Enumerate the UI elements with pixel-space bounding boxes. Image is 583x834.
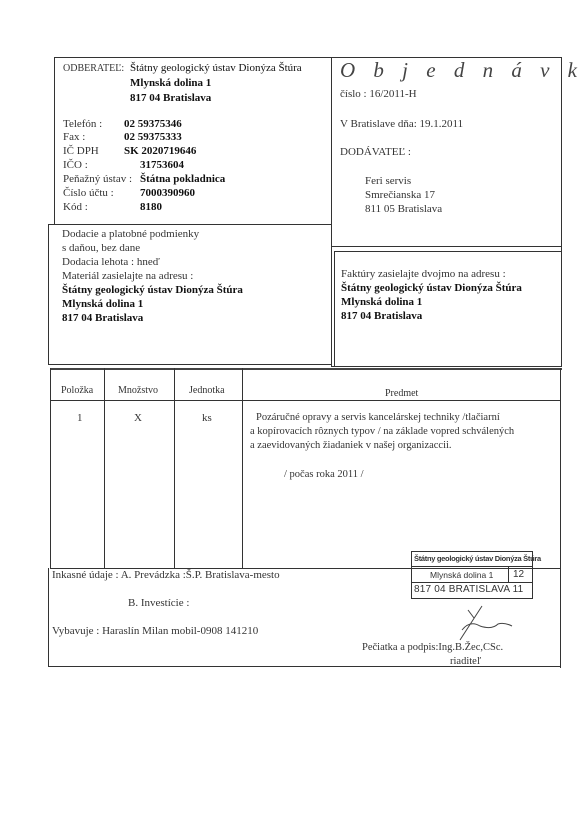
buyer-fax-label: Fax :	[63, 131, 85, 144]
buyer-name: Štátny geologický ústav Dionýza Štúra	[130, 62, 302, 75]
stamp-code: 12	[513, 569, 524, 580]
table-col-divider-3	[242, 368, 243, 568]
delivery-box-left	[48, 224, 49, 364]
document-number: číslo : 16/2011-H	[340, 88, 417, 101]
buyer-code-label: Kód :	[63, 201, 88, 214]
signature-label: Pečiatka a podpis:Ing.B.Žec,CSc.	[362, 642, 503, 655]
supplier-city: 811 05 Bratislava	[365, 203, 442, 216]
buyer-fax-value: 02 59375333	[124, 131, 182, 144]
delivery-box-bottom	[48, 364, 332, 365]
invoice-box-left	[334, 251, 335, 367]
buyer-box-bottom	[48, 224, 332, 225]
table-header-bottom	[50, 400, 560, 401]
delivery-line-4: Materiál zasielajte na adresu :	[62, 270, 193, 283]
footer-bottom-border	[48, 666, 560, 667]
official-stamp: Štátny geologický ústav Dionýza Štúra Ml…	[411, 551, 533, 599]
invoice-line: Faktúry zasielajte dvojmo na adresu :	[341, 268, 506, 281]
delivery-street: Mlynská dolina 1	[62, 298, 143, 311]
buyer-vat-value: SK 2020719646	[124, 145, 196, 158]
footer-left-border	[48, 568, 49, 666]
delivery-line-1: Dodacie a platobné podmienky	[62, 228, 199, 241]
buyer-ico-value: 31753604	[140, 159, 184, 172]
invoice-street: Mlynská dolina 1	[341, 296, 422, 309]
table-col-divider-1	[104, 368, 105, 568]
document-title: O b j e d n á v k a	[340, 64, 583, 77]
buyer-ico-label: IČO :	[63, 159, 88, 172]
buyer-account-value: 7000390960	[140, 187, 195, 200]
table-header-quantity: Množstvo	[118, 385, 158, 398]
table-left-border	[50, 368, 51, 568]
table-header-item: Položka	[61, 385, 93, 398]
table-row-note: / počas roka 2011 /	[284, 469, 364, 482]
footer-investment: B. Investície :	[128, 597, 189, 610]
invoice-name: Štátny geologický ústav Dionýza Štúra	[341, 282, 522, 295]
buyer-street: Mlynská dolina 1	[130, 77, 211, 90]
invoice-box-bottom	[331, 366, 562, 367]
buyer-city: 817 04 Bratislava	[130, 92, 211, 105]
buyer-label: ODBERATEĽ:	[63, 63, 124, 76]
buyer-phone-value: 02 59375346	[124, 118, 182, 131]
table-row-item: 1	[77, 412, 83, 425]
frame-center-divider	[331, 57, 332, 367]
buyer-bank-value: Štátna pokladnica	[140, 173, 225, 186]
signature-role: riaditeľ	[450, 656, 481, 669]
table-row-subject-line-3: a zaevidovaných žiadaniek v našej organi…	[250, 440, 452, 453]
delivery-line-2: s daňou, bez dane	[62, 242, 140, 255]
table-header-unit: Jednotka	[189, 385, 225, 398]
table-top-border	[50, 368, 562, 370]
table-row-unit: ks	[202, 412, 212, 425]
supplier-label: DODÁVATEĽ :	[340, 146, 411, 159]
supplier-street: Smrečianska 17	[365, 189, 435, 202]
buyer-bank-label: Peňažný ústav :	[63, 173, 132, 186]
delivery-line-3: Dodacia lehota : hneď	[62, 256, 160, 269]
frame-left-border	[54, 57, 55, 225]
footer-handler: Vybavuje : Haraslín Milan mobil-0908 141…	[52, 625, 258, 638]
delivery-city: 817 04 Bratislava	[62, 312, 143, 325]
buyer-phone-label: Telefón :	[63, 118, 102, 131]
delivery-name: Štátny geologický ústav Dionýza Štúra	[62, 284, 243, 297]
table-right-border	[560, 368, 561, 668]
buyer-vat-label: IČ DPH	[63, 145, 99, 158]
stamp-line-1: Štátny geologický ústav Dionýza Štúra	[414, 554, 541, 563]
table-col-divider-2	[174, 368, 175, 568]
supplier-box-bottom	[331, 246, 562, 247]
signature-scribble	[440, 600, 520, 642]
frame-right-border	[561, 57, 562, 367]
supplier-name: Feri servis	[365, 175, 411, 188]
invoice-city: 817 04 Bratislava	[341, 310, 422, 323]
buyer-code-value: 8180	[140, 201, 162, 214]
invoice-box-top	[334, 251, 562, 252]
buyer-account-label: Číslo účtu :	[63, 187, 114, 200]
footer-billing: Inkasné údaje : A. Prevádzka :Š.P. Brati…	[52, 569, 280, 582]
document-place-date: V Bratislave dňa: 19.1.2011	[340, 118, 463, 131]
table-row-quantity: X	[134, 412, 142, 425]
table-header-subject: Predmet	[385, 388, 418, 401]
stamp-line-2: Mlynská dolina 1	[430, 570, 493, 580]
table-row-subject-line-2: a kopírovacích rôznych typov / na základ…	[250, 426, 514, 439]
stamp-line-3: 817 04 BRATISLAVA 11	[414, 584, 523, 595]
table-row-subject-line-1: Pozáručné opravy a servis kancelárskej t…	[256, 412, 500, 425]
